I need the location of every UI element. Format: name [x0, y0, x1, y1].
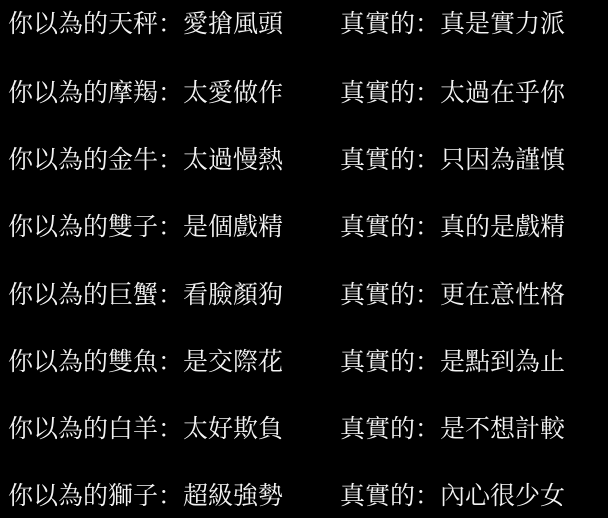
- prefix: 你以為的: [8, 481, 108, 510]
- reality-label: 真實的: [340, 212, 415, 241]
- sign: 巨蟹: [108, 280, 158, 309]
- you-think-segment: 你以為的摩羯：太愛做作: [8, 76, 340, 110]
- reality-text: 太過在乎你: [440, 78, 565, 107]
- colon: ：: [158, 278, 183, 312]
- you-think-text: 太過慢熱: [183, 145, 283, 174]
- you-think-segment: 你以為的雙子：是個戲精: [8, 210, 340, 244]
- reality-segment: 真實的：真是實力派: [340, 7, 565, 41]
- you-think-text: 太好欺負: [183, 414, 283, 443]
- you-think-text: 太愛做作: [183, 78, 283, 107]
- sign: 雙子: [108, 212, 158, 241]
- colon: ：: [415, 76, 440, 110]
- zodiac-row-capricorn: 你以為的摩羯：太愛做作 真實的：太過在乎你: [8, 76, 565, 110]
- reality-segment: 真實的：是點到為止: [340, 345, 565, 379]
- you-think-segment: 你以為的金牛：太過慢熱: [8, 143, 340, 177]
- zodiac-row-cancer: 你以為的巨蟹：看臉顏狗 真實的：更在意性格: [8, 278, 565, 312]
- colon: ：: [158, 479, 183, 513]
- colon: ：: [158, 7, 183, 41]
- you-think-text: 是交際花: [183, 347, 283, 376]
- reality-text: 真是實力派: [440, 9, 565, 38]
- prefix: 你以為的: [8, 78, 108, 107]
- reality-label: 真實的: [340, 481, 415, 510]
- you-think-text: 超級強勢: [183, 481, 283, 510]
- zodiac-row-gemini: 你以為的雙子：是個戲精 真實的：真的是戲精: [8, 210, 565, 244]
- zodiac-row-taurus: 你以為的金牛：太過慢熱 真實的：只因為謹慎: [8, 143, 565, 177]
- colon: ：: [415, 345, 440, 379]
- you-think-segment: 你以為的白羊：太好欺負: [8, 412, 340, 446]
- reality-label: 真實的: [340, 414, 415, 443]
- you-think-segment: 你以為的巨蟹：看臉顏狗: [8, 278, 340, 312]
- sign: 摩羯: [108, 78, 158, 107]
- prefix: 你以為的: [8, 9, 108, 38]
- zodiac-row-aries: 你以為的白羊：太好欺負 真實的：是不想計較: [8, 412, 565, 446]
- colon: ：: [415, 210, 440, 244]
- you-think-segment: 你以為的天秤：愛搶風頭: [8, 7, 340, 41]
- reality-label: 真實的: [340, 9, 415, 38]
- reality-segment: 真實的：真的是戲精: [340, 210, 565, 244]
- reality-text: 是點到為止: [440, 347, 565, 376]
- colon: ：: [158, 412, 183, 446]
- reality-segment: 真實的：只因為謹慎: [340, 143, 565, 177]
- reality-segment: 真實的：太過在乎你: [340, 76, 565, 110]
- zodiac-row-pisces: 你以為的雙魚：是交際花 真實的：是點到為止: [8, 345, 565, 379]
- colon: ：: [158, 210, 183, 244]
- reality-text: 真的是戲精: [440, 212, 565, 241]
- colon: ：: [415, 278, 440, 312]
- reality-text: 更在意性格: [440, 280, 565, 309]
- zodiac-row-libra: 你以為的天秤：愛搶風頭 真實的：真是實力派: [8, 7, 565, 41]
- sign: 金牛: [108, 145, 158, 174]
- reality-label: 真實的: [340, 347, 415, 376]
- sign: 白羊: [108, 414, 158, 443]
- prefix: 你以為的: [8, 280, 108, 309]
- reality-label: 真實的: [340, 145, 415, 174]
- reality-text: 只因為謹慎: [440, 145, 565, 174]
- you-think-text: 看臉顏狗: [183, 280, 283, 309]
- prefix: 你以為的: [8, 347, 108, 376]
- colon: ：: [158, 143, 183, 177]
- colon: ：: [415, 7, 440, 41]
- reality-segment: 真實的：更在意性格: [340, 278, 565, 312]
- reality-segment: 真實的：是不想計較: [340, 412, 565, 446]
- prefix: 你以為的: [8, 212, 108, 241]
- reality-text: 是不想計較: [440, 414, 565, 443]
- colon: ：: [415, 479, 440, 513]
- prefix: 你以為的: [8, 145, 108, 174]
- prefix: 你以為的: [8, 414, 108, 443]
- sign: 雙魚: [108, 347, 158, 376]
- colon: ：: [158, 76, 183, 110]
- you-think-segment: 你以為的雙魚：是交際花: [8, 345, 340, 379]
- reality-label: 真實的: [340, 78, 415, 107]
- colon: ：: [158, 345, 183, 379]
- you-think-text: 是個戲精: [183, 212, 283, 241]
- colon: ：: [415, 412, 440, 446]
- zodiac-row-leo: 你以為的獅子：超級強勢 真實的：內心很少女: [8, 479, 565, 513]
- reality-segment: 真實的：內心很少女: [340, 479, 565, 513]
- reality-text: 內心很少女: [440, 481, 565, 510]
- you-think-text: 愛搶風頭: [183, 9, 283, 38]
- reality-label: 真實的: [340, 280, 415, 309]
- sign: 獅子: [108, 481, 158, 510]
- you-think-segment: 你以為的獅子：超級強勢: [8, 479, 340, 513]
- colon: ：: [415, 143, 440, 177]
- sign: 天秤: [108, 9, 158, 38]
